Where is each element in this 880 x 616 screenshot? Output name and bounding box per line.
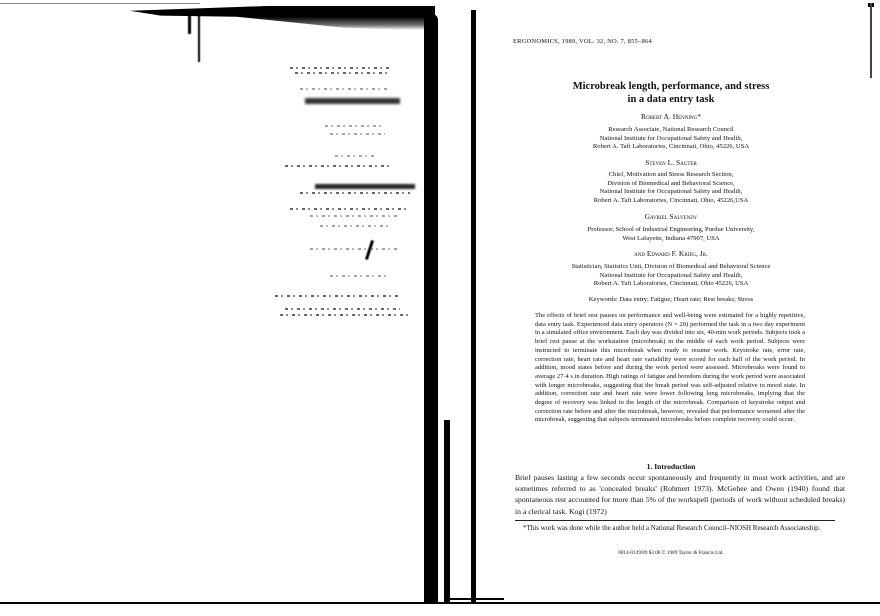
author-affiliation: Chief, Motivation and Stress Research Se… — [495, 171, 847, 205]
bleed-through-text — [300, 192, 410, 194]
scan-edge-line — [0, 3, 200, 4]
bleed-through-text — [300, 88, 390, 90]
bleed-through-text — [335, 155, 375, 157]
paper-title: Microbreak length, performance, and stre… — [495, 80, 847, 106]
bleed-through-text — [295, 72, 390, 74]
journal-header: ERGONOMICS, 1989, VOL. 32, NO. 7, 855–86… — [513, 38, 652, 45]
bleed-through-text — [310, 248, 400, 250]
copyright-line: 0014-0139/89 $3.00 © 1989 Taylor & Franc… — [495, 550, 847, 556]
footnote: *This work was done while the author hel… — [515, 524, 845, 534]
footnote-rule — [515, 520, 835, 521]
bleed-through-text — [285, 165, 390, 167]
bleed-through-text — [280, 314, 410, 316]
bleed-through-text — [305, 98, 400, 104]
author-affiliation: Research Associate, National Research Co… — [495, 126, 847, 152]
author-name: Robert A. Henning* — [495, 113, 847, 122]
scan-artifact — [365, 240, 374, 260]
author-name: Steven L. Sauter — [495, 159, 847, 168]
bleed-through-text — [330, 275, 390, 277]
page-edge-line — [444, 598, 504, 600]
keywords: Keywords: Data entry; Fatigue; Heart rat… — [495, 296, 847, 305]
author-affiliation: Statistician, Statistics Unit, Division … — [495, 263, 847, 289]
author-affiliation: Professor, School of Industrial Engineer… — [495, 226, 847, 243]
scan-artifact — [198, 14, 200, 62]
bleed-through-text — [290, 67, 390, 69]
book-gutter-line — [444, 420, 450, 602]
book-spine-shadow — [424, 14, 438, 602]
bleed-through-text — [290, 208, 410, 210]
abstract: The effects of brief rest pauses on perf… — [535, 312, 805, 425]
author-name: Gavriel Salvendy — [495, 213, 847, 222]
bleed-through-text — [320, 225, 390, 227]
binding-shadow-top — [130, 6, 435, 30]
bleed-through-text — [275, 295, 400, 297]
bleed-through-text — [325, 125, 385, 127]
bleed-through-text — [310, 215, 400, 217]
scan-bottom-edge — [0, 602, 880, 604]
section-heading: 1. Introduction — [495, 462, 847, 471]
page-right-edge — [870, 3, 872, 78]
scan-artifact — [188, 14, 191, 34]
bleed-through-text — [330, 133, 385, 135]
bleed-through-text — [285, 308, 400, 310]
intro-paragraph: Brief pauses lasting a few seconds occur… — [515, 472, 845, 517]
book-gutter-line — [471, 10, 476, 602]
author-name: and Edward F. Krieg, Jr. — [495, 250, 847, 259]
bleed-through-text — [315, 184, 415, 189]
